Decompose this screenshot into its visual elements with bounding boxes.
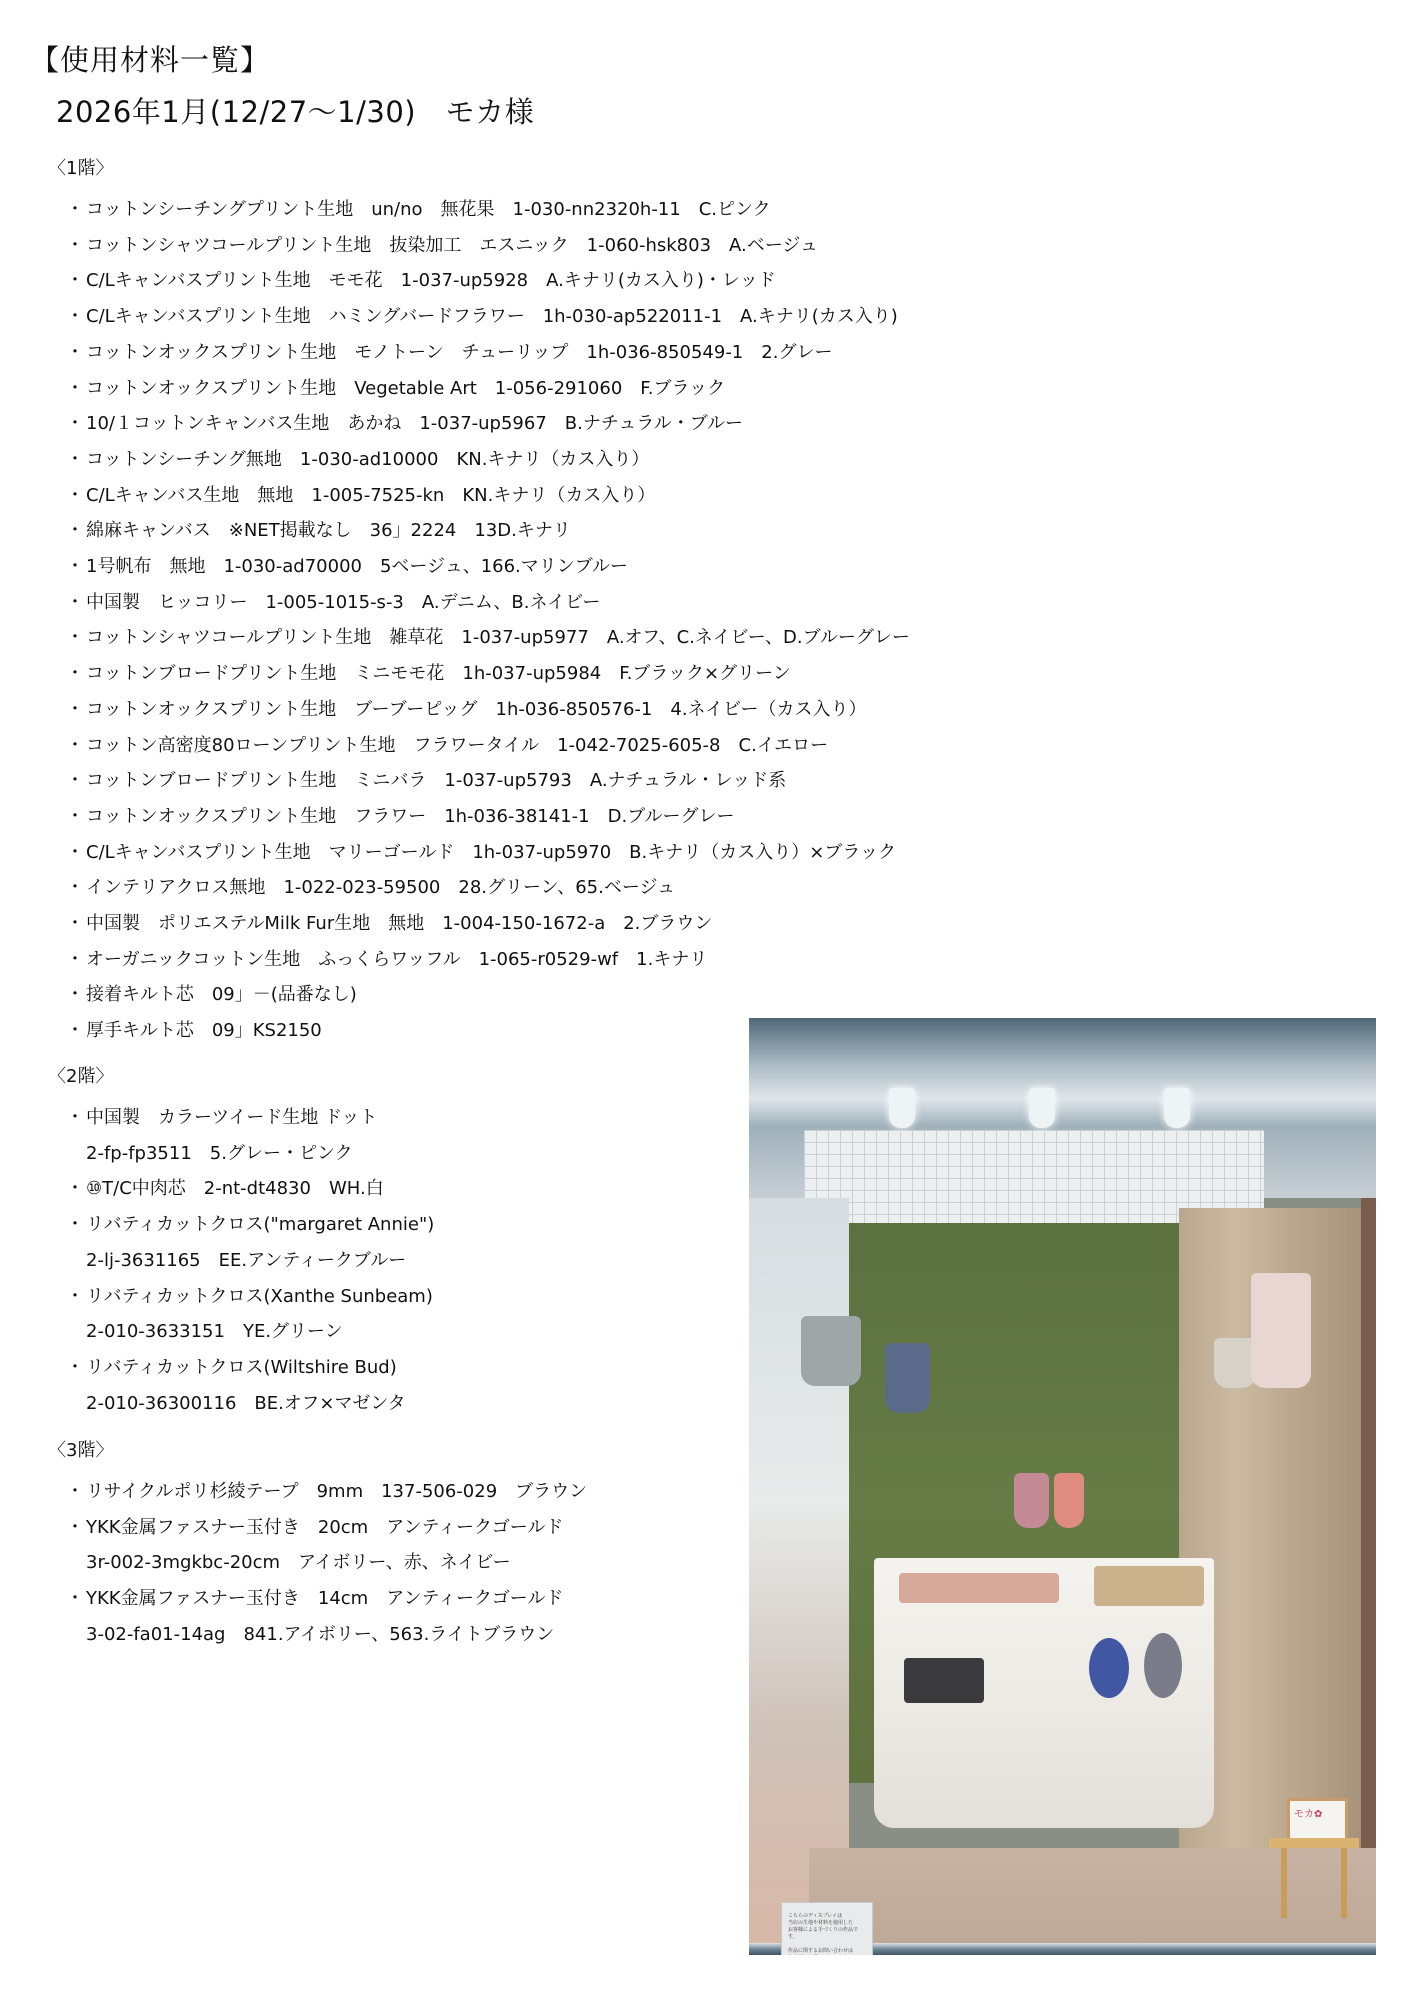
material-item: ・YKK金属ファスナー玉付き 20cm アンティークゴールド3r-002-3mg…	[48, 1510, 587, 1581]
material-text: コットンオックスプリント生地 Vegetable Art 1-056-29106…	[86, 378, 725, 399]
spotlight-icon	[889, 1088, 915, 1128]
material-item: ・中国製 カラーツイード生地 ドット2-fp-fp3511 5.グレー・ピンク	[48, 1100, 434, 1171]
spotlight-icon	[1164, 1088, 1190, 1128]
material-text: C/Lキャンバスプリント生地 モモ花 1-037-up5928 A.キナリ(カス…	[86, 270, 776, 291]
notice-card: こちらのディスプレイは 当店の生地や材料を使用した お客様による手づくりの作品で…	[781, 1902, 873, 1955]
bullet-icon: ・	[66, 977, 86, 1013]
bullet-icon: ・	[66, 942, 86, 978]
bullet-icon: ・	[66, 620, 86, 656]
bullet-icon: ・	[66, 799, 86, 835]
store-interior	[749, 1198, 849, 1955]
material-item: ・中国製 ヒッコリー 1-005-1015-s-3 A.デニム、B.ネイビー	[48, 585, 910, 621]
hanging-bag-red-flowers	[1251, 1273, 1311, 1388]
bullet-icon: ・	[66, 1279, 86, 1315]
material-text: 中国製 ヒッコリー 1-005-1015-s-3 A.デニム、B.ネイビー	[86, 592, 600, 613]
stool-leg	[1341, 1848, 1347, 1918]
material-text: C/Lキャンバスプリント生地 ハミングバードフラワー 1h-030-ap5220…	[86, 306, 898, 327]
spotlight-icon	[1029, 1088, 1055, 1128]
bullet-icon: ・	[66, 1100, 86, 1136]
material-text: オーガニックコットン生地 ふっくらワッフル 1-065-r0529-wf 1.キ…	[86, 949, 707, 970]
material-item: ・C/Lキャンバス生地 無地 1-005-7525-kn KN.キナリ（カス入り…	[48, 478, 910, 514]
bullet-icon: ・	[66, 1207, 86, 1243]
bullet-icon: ・	[66, 1581, 86, 1617]
material-text: YKK金属ファスナー玉付き 14cm アンティークゴールド	[86, 1588, 563, 1609]
bullet-icon: ・	[66, 1474, 86, 1510]
material-code-line: 2-fp-fp3511 5.グレー・ピンク	[66, 1136, 434, 1172]
material-text: 厚手キルト芯 09」KS2150	[86, 1020, 322, 1041]
bullet-icon: ・	[66, 478, 86, 514]
bullet-icon: ・	[66, 299, 86, 335]
material-text: C/Lキャンバス生地 無地 1-005-7525-kn KN.キナリ（カス入り）	[86, 485, 655, 506]
material-item: ・コットンオックスプリント生地 フラワー 1h-036-38141-1 D.ブル…	[48, 799, 910, 835]
material-text: 中国製 カラーツイード生地 ドット	[86, 1107, 377, 1128]
material-item: ・リバティカットクロス(Xanthe Sunbeam)2-010-3633151…	[48, 1279, 434, 1350]
material-text: 10/１コットンキャンバス生地 あかね 1-037-up5967 B.ナチュラル…	[86, 413, 743, 434]
bullet-icon: ・	[66, 263, 86, 299]
material-text: コットン高密度80ローンプリント生地 フラワータイル 1-042-7025-60…	[86, 735, 828, 756]
bullet-icon: ・	[66, 192, 86, 228]
stool-leg	[1281, 1848, 1287, 1918]
material-text: 接着キルト芯 09」－(品番なし)	[86, 984, 357, 1005]
section-heading: 〈3階〉	[48, 1440, 587, 1462]
bullet-icon: ・	[66, 728, 86, 764]
bullet-icon: ・	[66, 906, 86, 942]
material-item: ・綿麻キャンバス ※NET掲載なし 36」2224 13D.キナリ	[48, 513, 910, 549]
material-text: 綿麻キャンバス ※NET掲載なし 36」2224 13D.キナリ	[86, 520, 571, 541]
material-text: インテリアクロス無地 1-022-023-59500 28.グリーン、65.ベー…	[86, 877, 675, 898]
bullet-icon: ・	[66, 870, 86, 906]
material-text: 1号帆布 無地 1-030-ad70000 5ベージュ、166.マリンブルー	[86, 556, 628, 577]
material-text: リバティカットクロス(Xanthe Sunbeam)	[86, 1286, 433, 1307]
material-text: コットンオックスプリント生地 モノトーン チューリップ 1h-036-85054…	[86, 342, 832, 363]
section-heading: 〈1階〉	[48, 158, 910, 180]
bullet-icon: ・	[66, 835, 86, 871]
pot-holder-grey	[1144, 1633, 1182, 1698]
hanging-tote-bag	[801, 1316, 861, 1386]
pouches	[899, 1573, 1059, 1603]
material-item: ・コットンブロードプリント生地 ミニバラ 1-037-up5793 A.ナチュラ…	[48, 763, 910, 799]
material-text: リバティカットクロス("margaret Annie")	[86, 1214, 434, 1235]
material-item: ・中国製 ポリエステルMilk Fur生地 無地 1-004-150-1672-…	[48, 906, 910, 942]
notice-text: こちらのディスプレイは 当店の生地や材料を使用した お客様による手づくりの作品で…	[782, 1903, 872, 1955]
material-item: ・⑩T/C中肉芯 2-nt-dt4830 WH.白	[48, 1171, 434, 1207]
material-text: リサイクルポリ杉綾テープ 9mm 137-506-029 ブラウン	[86, 1481, 587, 1502]
pot-holder-blue	[1089, 1638, 1129, 1698]
section-floor-1: 〈1階〉 ・コットンシーチングプリント生地 un/no 無花果 1-030-nn…	[48, 158, 910, 1049]
material-code-line: 2-lj-3631165 EE.アンティークブルー	[66, 1243, 434, 1279]
hanging-bag-dots	[1014, 1473, 1049, 1528]
material-text: コットンオックスプリント生地 ブーブーピッグ 1h-036-850576-1 4…	[86, 699, 866, 720]
pouch-black-floral	[904, 1658, 984, 1703]
material-item: ・C/Lキャンバスプリント生地 マリーゴールド 1h-037-up5970 B.…	[48, 835, 910, 871]
material-item: ・YKK金属ファスナー玉付き 14cm アンティークゴールド3-02-fa01-…	[48, 1581, 587, 1652]
section-heading: 〈2階〉	[48, 1066, 434, 1088]
bullet-icon: ・	[66, 1350, 86, 1386]
material-text: C/Lキャンバスプリント生地 マリーゴールド 1h-037-up5970 B.キ…	[86, 842, 896, 863]
section-floor-2: 〈2階〉 ・中国製 カラーツイード生地 ドット2-fp-fp3511 5.グレー…	[48, 1066, 434, 1421]
stool-top	[1269, 1838, 1359, 1848]
material-item: ・インテリアクロス無地 1-022-023-59500 28.グリーン、65.ベ…	[48, 870, 910, 906]
bullet-icon: ・	[66, 1013, 86, 1049]
bullet-icon: ・	[66, 406, 86, 442]
material-code-line: 3r-002-3mgkbc-20cm アイボリー、赤、ネイビー	[66, 1545, 587, 1581]
document-subtitle: 2026年1月(12/27〜1/30) モカ様	[56, 92, 534, 132]
material-item: ・コットンシーチングプリント生地 un/no 無花果 1-030-nn2320h…	[48, 192, 910, 228]
material-text: コットンブロードプリント生地 ミニモモ花 1h-037-up5984 F.ブラッ…	[86, 663, 791, 684]
material-item: ・コットンブロードプリント生地 ミニモモ花 1h-037-up5984 F.ブラ…	[48, 656, 910, 692]
material-item: ・リサイクルポリ杉綾テープ 9mm 137-506-029 ブラウン	[48, 1474, 587, 1510]
material-list: ・コットンシーチングプリント生地 un/no 無花果 1-030-nn2320h…	[48, 192, 910, 1049]
bullet-icon: ・	[66, 442, 86, 478]
material-list: ・リサイクルポリ杉綾テープ 9mm 137-506-029 ブラウン・YKK金属…	[48, 1474, 587, 1653]
material-item: ・オーガニックコットン生地 ふっくらワッフル 1-065-r0529-wf 1.…	[48, 942, 910, 978]
name-card: モカ✿	[1290, 1801, 1345, 1824]
bullet-icon: ・	[66, 1510, 86, 1546]
bullet-icon: ・	[66, 371, 86, 407]
material-text: ⑩T/C中肉芯 2-nt-dt4830 WH.白	[86, 1178, 384, 1199]
material-item: ・リバティカットクロス("margaret Annie")2-lj-363116…	[48, 1207, 434, 1278]
material-item: ・C/Lキャンバスプリント生地 ハミングバードフラワー 1h-030-ap522…	[48, 299, 910, 335]
material-item: ・10/１コットンキャンバス生地 あかね 1-037-up5967 B.ナチュラ…	[48, 406, 910, 442]
material-text: リバティカットクロス(Wiltshire Bud)	[86, 1357, 397, 1378]
material-code-line: 2-010-3633151 YE.グリーン	[66, 1314, 434, 1350]
section-floor-3: 〈3階〉 ・リサイクルポリ杉綾テープ 9mm 137-506-029 ブラウン・…	[48, 1440, 587, 1653]
bullet-icon: ・	[66, 585, 86, 621]
material-text: コットンシーチングプリント生地 un/no 無花果 1-030-nn2320h-…	[86, 199, 771, 220]
hanging-bag	[1214, 1338, 1256, 1388]
bullet-icon: ・	[66, 656, 86, 692]
display-window-photo: こちらのディスプレイは 当店の生地や材料を使用した お客様による手づくりの作品で…	[749, 1018, 1376, 1955]
material-text: 中国製 ポリエステルMilk Fur生地 無地 1-004-150-1672-a…	[86, 913, 712, 934]
material-list: ・中国製 カラーツイード生地 ドット2-fp-fp3511 5.グレー・ピンク・…	[48, 1100, 434, 1421]
material-text: コットンブロードプリント生地 ミニバラ 1-037-up5793 A.ナチュラル…	[86, 770, 786, 791]
material-item: ・リバティカットクロス(Wiltshire Bud)2-010-36300116…	[48, 1350, 434, 1421]
material-item: ・コットン高密度80ローンプリント生地 フラワータイル 1-042-7025-6…	[48, 728, 910, 764]
material-text: YKK金属ファスナー玉付き 20cm アンティークゴールド	[86, 1517, 563, 1538]
material-item: ・コットンシャツコールプリント生地 抜染加工 エスニック 1-060-hsk80…	[48, 228, 910, 264]
material-text: コットンシャツコールプリント生地 抜染加工 エスニック 1-060-hsk803…	[86, 235, 818, 256]
bullet-icon: ・	[66, 335, 86, 371]
wooden-stool: モカ✿	[1269, 1808, 1359, 1918]
cushions	[1094, 1566, 1204, 1606]
material-item: ・接着キルト芯 09」－(品番なし)	[48, 977, 910, 1013]
material-item: ・コットンシーチング無地 1-030-ad10000 KN.キナリ（カス入り）	[48, 442, 910, 478]
material-code-line: 3-02-fa01-14ag 841.アイボリー、563.ライトブラウン	[66, 1617, 587, 1653]
material-item: ・コットンオックスプリント生地 モノトーン チューリップ 1h-036-8505…	[48, 335, 910, 371]
material-item: ・コットンオックスプリント生地 Vegetable Art 1-056-2910…	[48, 371, 910, 407]
material-text: コットンシャツコールプリント生地 雑草花 1-037-up5977 A.オフ、C…	[86, 627, 910, 648]
bullet-icon: ・	[66, 692, 86, 728]
hanging-bag	[885, 1343, 930, 1413]
material-code-line: 2-010-36300116 BE.オフ×マゼンタ	[66, 1386, 434, 1422]
hanging-bag-pink	[1054, 1473, 1084, 1528]
bullet-icon: ・	[66, 228, 86, 264]
material-item: ・コットンシャツコールプリント生地 雑草花 1-037-up5977 A.オフ、…	[48, 620, 910, 656]
window-frame	[1361, 1198, 1376, 1955]
bullet-icon: ・	[66, 763, 86, 799]
material-item: ・コットンオックスプリント生地 ブーブーピッグ 1h-036-850576-1 …	[48, 692, 910, 728]
bullet-icon: ・	[66, 1171, 86, 1207]
bullet-icon: ・	[66, 549, 86, 585]
material-text: コットンオックスプリント生地 フラワー 1h-036-38141-1 D.ブルー…	[86, 806, 734, 827]
material-item: ・C/Lキャンバスプリント生地 モモ花 1-037-up5928 A.キナリ(カ…	[48, 263, 910, 299]
document-title: 【使用材料一覧】	[30, 40, 270, 80]
material-text: コットンシーチング無地 1-030-ad10000 KN.キナリ（カス入り）	[86, 449, 649, 470]
material-item: ・1号帆布 無地 1-030-ad70000 5ベージュ、166.マリンブルー	[48, 549, 910, 585]
bullet-icon: ・	[66, 513, 86, 549]
